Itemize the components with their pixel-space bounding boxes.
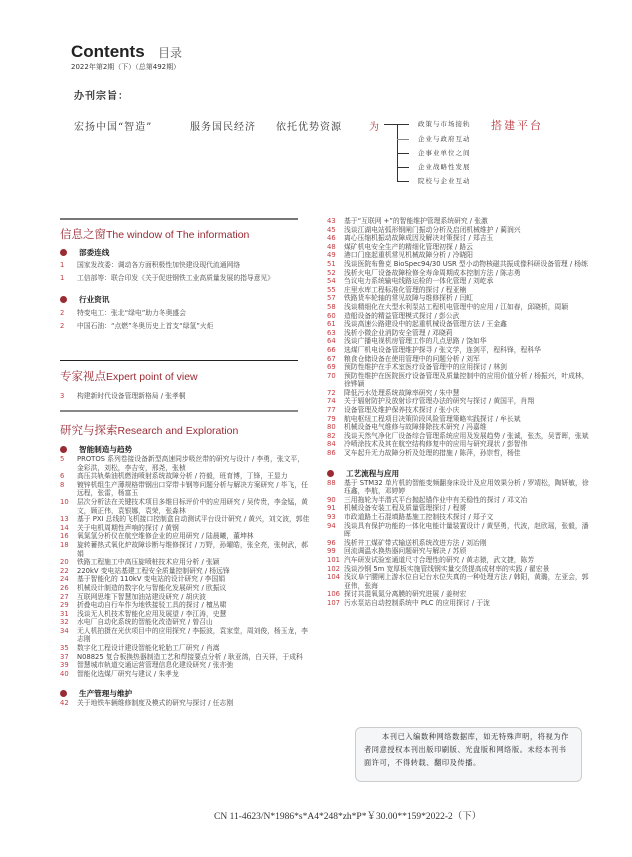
tree-branch-2 xyxy=(397,139,409,140)
page-number: 39 xyxy=(60,661,77,670)
page-number: 67 xyxy=(327,355,344,364)
page-number: 94 xyxy=(327,522,344,539)
branch-item: 企业战略性发展 xyxy=(418,162,471,171)
page-number: 52 xyxy=(327,269,344,278)
subsection-title: 部委连线 xyxy=(79,247,109,258)
page-number: 107 xyxy=(327,599,344,608)
toc-entry[interactable]: 34无人机拍摄在光伏项目中的应用探究 / 李振波，袁家堂，周刘俊，杨玉龙，李志刚 xyxy=(60,627,310,644)
page-number: 5 xyxy=(60,455,77,472)
page-number: 57 xyxy=(327,294,344,303)
section-title-en: Expert point of view xyxy=(106,371,198,383)
entry-title: 中国石油：“点燃”冬奥历史上首支“绿氢”火炬 xyxy=(77,322,310,331)
page-number: 42 xyxy=(60,699,77,708)
toc-entry[interactable]: 32水电厂自动化系统的智能化改造研究 / 曾召山 xyxy=(60,618,310,627)
toc-entry[interactable]: 39智慧城市轨道交通运营管理信息化建设研究 / 张亦弛 xyxy=(60,661,310,670)
section-expert-heading: 专家视点Expert point of view xyxy=(60,368,310,384)
slogan-part-3: 依托优势资源 xyxy=(276,118,342,133)
page-number: 37 xyxy=(60,653,77,662)
subsection-heading: 行业资讯 xyxy=(60,294,310,305)
page-number: 20 xyxy=(60,558,77,567)
page-number: 74 xyxy=(327,397,344,406)
subsection-heading: 部委连线 xyxy=(60,247,310,258)
toc-entry[interactable]: 67粮食仓储设备在使用管理中的问题分析 / 刘军 xyxy=(327,355,589,364)
toc-entry[interactable]: 29折叠电动自行车作为地铁接驳工具的探讨 / 檀丛啸 xyxy=(60,601,310,610)
page-number: 2 xyxy=(60,322,77,331)
toc-entry[interactable]: 102浅谈沙钢 5m 宽厚板实施管线钢实量交货提高成材率的实践 / 翟宏景 xyxy=(327,565,589,574)
entry-title: 基于智能化的 110kV 变电站的设计研究 / 李国娟 xyxy=(77,575,310,584)
toc-entry[interactable]: 107污水泵站自动控制系统中 PLC 的应用探讨 / 于泷 xyxy=(327,599,589,608)
page-number: 51 xyxy=(327,260,344,269)
entry-title: 浅谈精细化在大型水利泵站工程机电管理中的应用 / 江如春，邱晓析，周颖 xyxy=(344,303,589,312)
page-number: 22 xyxy=(60,567,77,576)
group3-entries: 88基于 STM32 单片机的智能变频翻身床设计及应用效果分析 / 罗靖松，陶妍… xyxy=(327,479,589,608)
toc-entry[interactable]: 77设备管理及维护保养技术探讨 / 张小庆 xyxy=(327,406,589,415)
toc-entry[interactable]: 86叉车起升无力故障分析及处理的措施 / 陈萍，孙崇哲，杨佳 xyxy=(327,449,589,458)
page-number: 77 xyxy=(327,406,344,415)
section-research-heading: 研究与探索Research and Exploration xyxy=(60,422,310,438)
page-number: 14 xyxy=(60,524,77,533)
page-number: 102 xyxy=(327,565,344,574)
page-number: 48 xyxy=(327,243,344,252)
entry-title: 氧氮氢分析仪在航空维修企业的应用研究 / 陆晨曦，董坤林 xyxy=(77,532,310,541)
toc-entry[interactable]: 35数字化工程设计建设智能化轮胎工厂研究 / 肖嵩 xyxy=(60,644,310,653)
page-number: 10 xyxy=(60,498,77,515)
toc-entry[interactable]: 5PROTOS 系列卷接设备新型高速同步吸丝带的研究与设计 / 李勇，张文平，金… xyxy=(60,455,310,472)
page-number: 101 xyxy=(327,556,344,565)
page-number: 60 xyxy=(327,312,344,321)
entry-title: 冷喷涂技术及其在航空结构修复中的应用与研究现状 / 彭智伟 xyxy=(344,440,589,449)
left-column: 信息之窗The window of The information 部委连线 1… xyxy=(60,226,310,330)
toc-entry[interactable]: 2特变电工：张北“绿电”助力冬奥盛会 xyxy=(60,309,310,318)
divider xyxy=(60,218,298,220)
research-section-left: 研究与探索Research and Exploration 智能制造与趋势 5P… xyxy=(60,422,310,708)
entry-title: 基于 PXI 总线的飞机接口控制盒自动测试平台设计研究 / 黄兴，刘文波，郭佳 xyxy=(77,515,310,524)
entry-title: N08825 复合板换热器制造工艺和焊接要点分析 / 耿亚鸽，白天祥，于成科 xyxy=(77,653,310,662)
group2-entries-right: 43基于“互联网 +”的智能维护管理系统研究 / 张激45浅谈江湖电站弧形钢闸门… xyxy=(327,217,589,458)
entry-title: 浅谈医院布鲁克 BioSpec94/30 USR 型小动物核磁共振成像科研设备管… xyxy=(344,260,589,269)
toc-entry[interactable]: 57铁路货车轮轴的常见故障与维修探析 / 闫虹 xyxy=(327,294,589,303)
toc-entry[interactable]: 6高压共轨柴油机燃油喷射系统故障分析 / 符毅，班育博，丁锋，王显力 xyxy=(60,472,310,481)
slogan-platform: 搭建平台 xyxy=(491,117,543,133)
toc-entry[interactable]: 8镀锌机组生产薄规格带钢出口穿带卡钢等问题分析与解决方案研究 / 毕飞，任远程，… xyxy=(60,481,310,498)
bullet-icon xyxy=(60,249,67,256)
page-number: 1 xyxy=(60,274,77,283)
page-number: 58 xyxy=(327,303,344,312)
entry-title: 折叠电动自行车作为地铁接驳工具的探讨 / 檀丛啸 xyxy=(77,601,310,610)
entry-title: 基于“互联网 +”的智能维护管理系统研究 / 张激 xyxy=(344,217,589,226)
entry-title: 机械设计制造的数字化与智能化发展研究 / 欧振议 xyxy=(77,584,310,593)
toc-entry[interactable]: 74关于辐射防护及放射诊疗管理办法的研究与探讨 / 黄国平，肖翔 xyxy=(327,397,589,406)
entry-title: 国家发改委：调动各方面积极性加快建设现代流通网络 xyxy=(77,261,310,270)
section-title-cn: 信息之窗 xyxy=(60,227,106,241)
toc-entry[interactable]: 79航电枢纽工程项目决策阶段风险管理策略实践探讨 / 牟长斌 xyxy=(327,415,589,424)
page-number: 91 xyxy=(327,504,344,513)
page-number: 63 xyxy=(327,329,344,338)
page-number: 13 xyxy=(60,515,77,524)
divider xyxy=(60,360,298,361)
page-number: 84 xyxy=(327,440,344,449)
page-number: 93 xyxy=(327,513,344,522)
section-title-cn: 专家视点 xyxy=(60,369,106,383)
toc-entry[interactable]: 42关于地铁车辆维修制度及模式的研究与探讨 / 任志刚 xyxy=(60,699,310,708)
page-number: 55 xyxy=(327,286,344,295)
slogan-part-1: 宏扬中国“智造” xyxy=(74,118,152,133)
page-number: 29 xyxy=(60,601,77,610)
bullet-icon xyxy=(60,446,67,453)
page-number: 72 xyxy=(327,389,344,398)
toc-entry[interactable]: 64浅谈广播电视机房管理工作的几点思路 / 饶如华 xyxy=(327,337,589,346)
entry-title: 层次分析法在关键技术项目多维目标评价中的应用研究 / 吴传贵，李金锰，黄文，顾正… xyxy=(77,498,310,515)
toc-entry[interactable]: 27互联网思维下智慧加油站建设研究 / 胡庆波 xyxy=(60,593,310,602)
page-number: 80 xyxy=(327,423,344,432)
page-number: 79 xyxy=(327,415,344,424)
page-number: 70 xyxy=(327,372,344,389)
issue-info: 2022年第2期（下）（总第492期） xyxy=(71,62,180,72)
subsection-title: 工艺流程与应用 xyxy=(346,468,399,479)
subsection-title: 智能制造与趋势 xyxy=(79,444,132,455)
page-number: 43 xyxy=(327,217,344,226)
entry-title: 市政道路土石混填路基施工控制技术探讨 / 郑子文 xyxy=(344,513,589,522)
entry-title: 铁路货车轮轴的常见故障与维修探析 / 闫虹 xyxy=(344,294,589,303)
page-number: 35 xyxy=(60,644,77,653)
toc-entry[interactable]: 2中国石油：“点燃”冬奥历史上首支“绿氢”火炬 xyxy=(60,322,310,331)
entry-title: 关于辐射防护及放射诊疗管理办法的研究与探讨 / 黄国平，肖翔 xyxy=(344,397,589,406)
entry-title: 特变电工：张北“绿电”助力冬奥盛会 xyxy=(77,309,310,318)
toc-entry[interactable]: 3构建新时代设备管理新格局 / 张孝桐 xyxy=(60,392,310,401)
page-number: 64 xyxy=(327,337,344,346)
toc-entry[interactable]: 43基于“互联网 +”的智能维护管理系统研究 / 张激 xyxy=(327,217,589,226)
entry-title: 旋转蓄热式氧化炉故障诊断与维修探讨 / 万野，孙曜皓，张全亮，张树武，郝娟 xyxy=(77,541,310,558)
contents-title-cn: 目录 xyxy=(158,44,182,61)
right-column: 43基于“互联网 +”的智能维护管理系统研究 / 张激45浅谈江湖电站弧形钢闸门… xyxy=(327,217,589,608)
page-number: 96 xyxy=(327,539,344,548)
section-title-en: Research and Exploration xyxy=(118,425,239,437)
entry-title: 刍议电力系统输电线路运检的一体化管理 / 刘屹承 xyxy=(344,277,589,286)
entry-title: PROTOS 系列卷接设备新型高速同步吸丝带的研究与设计 / 李勇，张文平，金彩… xyxy=(77,455,310,472)
page-number: 2 xyxy=(60,309,77,318)
toc-entry[interactable]: 99回流调温水换热器问题研究与解决 / 苏颀 xyxy=(327,547,589,556)
subsection-heading: 生产管理与维护 xyxy=(60,688,310,699)
page-number: 104 xyxy=(327,573,344,590)
toc-entry[interactable]: 37N08825 复合板换热器制造工艺和焊接要点分析 / 耿亚鸽，白天祥，于成科 xyxy=(60,653,310,662)
entry-title: 浅谈广播电视机房管理工作的几点思路 / 饶如华 xyxy=(344,337,589,346)
toc-entry[interactable]: 70预防性维护在医院医疗设备管理及质量控制中的应用价值分析 / 杨振兴，叶成林，… xyxy=(327,372,589,389)
toc-entry[interactable]: 31浅谈无人机技术智能化应用及展望 / 李江涛，史慧 xyxy=(60,610,310,619)
page-number: 45 xyxy=(327,226,344,235)
tree-branch-1 xyxy=(397,124,409,125)
entry-title: 高压共轨柴油机燃油喷射系统故障分析 / 符毅，班育博，丁锋，王显力 xyxy=(77,472,310,481)
purpose-label: 办刊宗旨： xyxy=(74,87,129,102)
page-number: 34 xyxy=(60,627,77,644)
page-number: 40 xyxy=(60,670,77,679)
toc-entry[interactable]: 84冷喷涂技术及其在航空结构修复中的应用与研究现状 / 彭智伟 xyxy=(327,440,589,449)
entry-title: 关于地铁车辆维修制度及模式的研究与探讨 / 任志刚 xyxy=(77,699,310,708)
tree-branch-3 xyxy=(397,153,409,154)
entry-title: 浅谈沙钢 5m 宽厚板实施管线钢实量交货提高成材率的实践 / 翟宏景 xyxy=(344,565,589,574)
slogan-for: 为 xyxy=(369,118,380,133)
entry-title: 设备管理及维护保养技术探讨 / 张小庆 xyxy=(344,406,589,415)
page-number: 16 xyxy=(60,532,77,541)
toc-entry[interactable]: 91机械设备安装工程及质量管理探讨 / 程赟 xyxy=(327,504,589,513)
toc-entry[interactable]: 61浅谈高速公路建设中的起重机械设备管理方法 / 王金鑫 xyxy=(327,320,589,329)
page-number: 106 xyxy=(327,590,344,599)
toc-entry[interactable]: 49港口门座起重机常见机械故障分析 / 冷晓阳 xyxy=(327,251,589,260)
page-number: 8 xyxy=(60,481,77,498)
toc-entry[interactable]: 52浅析火电厂设备故障检修全寿命周期成本控制方法 / 陈志勇 xyxy=(327,269,589,278)
slogan-part-2: 服务国民经济 xyxy=(190,118,256,133)
toc-entry[interactable]: 45浅谈江湖电站弧形钢闸门振动分析及启闭机械维护 / 蔺润兴 xyxy=(327,226,589,235)
entry-title: 数字化工程设计建设智能化轮胎工厂研究 / 肖嵩 xyxy=(77,644,310,653)
subsection-title: 生产管理与维护 xyxy=(79,688,132,699)
entry-title: 预防性维护在手术室医疗设备管理中的应用探讨 / 林剑 xyxy=(344,363,589,372)
page-number: 24 xyxy=(60,575,77,584)
page-number: 90 xyxy=(327,496,344,505)
expert-section: 专家视点Expert point of view 3构建新时代设备管理新格局 /… xyxy=(60,368,310,401)
entry-title: 航电枢纽工程项目决策阶段风险管理策略实践探讨 / 牟长斌 xyxy=(344,415,589,424)
entry-title: 探讨共混氧氮分离膜的研究进展 / 姜树宏 xyxy=(344,590,589,599)
section-title-cn: 研究与探索 xyxy=(60,423,118,437)
divider xyxy=(60,410,298,412)
page-number: 6 xyxy=(60,472,77,481)
page-number: 49 xyxy=(327,251,344,260)
entry-title: 机械设备电气维修与故障排除技术研究 / 冯嘉维 xyxy=(344,423,589,432)
entry-title: 智慧城市轨道交通运营管理信息化建设研究 / 张亦弛 xyxy=(77,661,310,670)
bullet-icon xyxy=(60,690,67,697)
entry-title: 离心压缩机振动故障成因及解决对策探讨 / 郑吉玉 xyxy=(344,234,589,243)
entry-title: 智能化选煤厂研究与建议 / 朱孝龙 xyxy=(77,670,310,679)
toc-entry[interactable]: 94浅谈具有保护功能的一体化电能计量装置设计 / 黄坚勇，代波，赵欣瑶，张毅，潘… xyxy=(327,522,589,539)
page-number: 54 xyxy=(327,277,344,286)
toc-entry[interactable]: 1国家发改委：调动各方面积极性加快建设现代流通网络 xyxy=(60,261,310,270)
toc-entry[interactable]: 58浅谈精细化在大型水利泵站工程机电管理中的应用 / 江如春，邱晓析，周颖 xyxy=(327,303,589,312)
toc-entry[interactable]: 16氧氮氢分析仪在航空维修企业的应用研究 / 陆晨曦，董坤林 xyxy=(60,532,310,541)
entry-title: 构建新时代设备管理新格局 / 张孝桐 xyxy=(77,392,310,401)
toc-entry[interactable]: 18旋转蓄热式氧化炉故障诊断与维修探讨 / 万野，孙曜皓，张全亮，张树武，郝娟 xyxy=(60,541,310,558)
tree-branch-4 xyxy=(397,167,409,168)
tree-branch-5 xyxy=(397,181,409,182)
toc-entry[interactable]: 101汽车研发试验室通道尺寸合理性的研究 / 黄志猿，武文捷，陈芳 xyxy=(327,556,589,565)
page-number: 61 xyxy=(327,320,344,329)
toc-entry[interactable]: 69预防性维护在手术室医疗设备管理中的应用探讨 / 林剑 xyxy=(327,363,589,372)
entry-title: 基于 STM32 单片机的智能变频翻身床设计及应用效果分析 / 罗靖松，陶妍敏，… xyxy=(344,479,589,496)
toc-entry[interactable]: 104浅议阜宁腰闸上游水位自记台水位失真的一种处理方法 / 韩阳，黄璐，左亚会，… xyxy=(327,573,589,590)
page-number: 31 xyxy=(60,610,77,619)
toc-entry[interactable]: 66选煤厂机电设备管理维护探寻 / 张文学，连剑平，程科锋，程科华 xyxy=(327,346,589,355)
entry-title: 预防性维护在医院医疗设备管理及质量控制中的应用价值分析 / 杨振兴，叶成林，徐铧… xyxy=(344,372,589,389)
subsection-heading: 工艺流程与应用 xyxy=(327,468,589,479)
entry-title: 回流调温水换热器问题研究与解决 / 苏颀 xyxy=(344,547,589,556)
toc-entry[interactable]: 26机械设计制造的数字化与智能化发展研究 / 欧振议 xyxy=(60,584,310,593)
entry-title: 污水泵站自动控制系统中 PLC 的应用探讨 / 于泷 xyxy=(344,599,589,608)
entry-title: 粮食仓储设备在使用管理中的问题分析 / 刘军 xyxy=(344,355,589,364)
entry-title: 水电厂自动化系统的智能化改造研究 / 曾召山 xyxy=(77,618,310,627)
entry-title: 工信部等：联合印发《关于促进钢铁工业高质量发展的指导意见》 xyxy=(77,274,310,283)
toc-entry[interactable]: 51浅谈医院布鲁克 BioSpec94/30 USR 型小动物核磁共振成像科研设… xyxy=(327,260,589,269)
entry-title: 选煤厂机电设备管理维护探寻 / 张文学，连剑平，程科锋，程科华 xyxy=(344,346,589,355)
toc-entry[interactable]: 60造船设备的精益管理模式探讨 / 彭公武 xyxy=(327,312,589,321)
page-number: 1 xyxy=(60,261,77,270)
page-number: 88 xyxy=(327,479,344,496)
page-number: 99 xyxy=(327,547,344,556)
branch-item: 企事业单位之间 xyxy=(418,148,471,157)
branch-item: 院校与企业互动 xyxy=(418,176,471,185)
entry-title: 机械设备安装工程及质量管理探讨 / 程赟 xyxy=(344,504,589,513)
page-number: 69 xyxy=(327,363,344,372)
contents-title: Contents xyxy=(71,42,145,62)
notice-text: 本刊已入编数种网络数据库，如无特殊声明，将视为作者同意授权本刊出版印刷版、光盘版… xyxy=(364,732,569,767)
toc-entry[interactable]: 13基于 PXI 总线的飞机接口控制盒自动测试平台设计研究 / 黄兴，刘文波，郭… xyxy=(60,515,310,524)
subsection-title: 行业资讯 xyxy=(79,294,109,305)
page-number: 32 xyxy=(60,618,77,627)
page-number: 27 xyxy=(60,593,77,602)
entry-title: 浅谈具有保护功能的一体化电能计量装置设计 / 黄坚勇，代波，赵欣瑶，张毅，潘晖 xyxy=(344,522,589,539)
section-info-heading: 信息之窗The window of The information xyxy=(60,226,310,242)
entry-title: 互联网思维下智慧加油站建设研究 / 胡庆波 xyxy=(77,593,310,602)
page-number: 3 xyxy=(60,392,77,401)
copyright-notice: 本刊已入编数种网络数据库，如无特殊声明，将视为作者同意授权本刊出版印刷版、光盘版… xyxy=(355,727,582,782)
group2-entries-left: 42关于地铁车辆维修制度及模式的研究与探讨 / 任志刚 xyxy=(60,699,310,708)
branch-item: 企业与政府互动 xyxy=(418,134,471,143)
page-number: 18 xyxy=(60,541,77,558)
toc-entry[interactable]: 88基于 STM32 单片机的智能变频翻身床设计及应用效果分析 / 罗靖松，陶妍… xyxy=(327,479,589,496)
entry-title: 浅谈高速公路建设中的起重机械设备管理方法 / 王金鑫 xyxy=(344,320,589,329)
section-title-en: The window of The information xyxy=(106,229,249,241)
publication-code: CN 11-4623/N*1986*s*A4*248*zh*P*￥30.00**… xyxy=(214,808,481,822)
toc-entry[interactable]: 80机械设备电气维修与故障排除技术研究 / 冯嘉维 xyxy=(327,423,589,432)
entry-title: 铁路工程施工中高压旋喷桩技术应用分析 / 张颖 xyxy=(77,558,310,567)
entry-title: 叉车起升无力故障分析及处理的措施 / 陈萍，孙崇哲，杨佳 xyxy=(344,449,589,458)
page-number: 66 xyxy=(327,346,344,355)
bullet-icon xyxy=(327,470,334,477)
entry-title: 浅析火电厂设备故障检修全寿命周期成本控制方法 / 陈志勇 xyxy=(344,269,589,278)
toc-entry[interactable]: 46离心压缩机振动故障成因及解决对策探讨 / 郑吉玉 xyxy=(327,234,589,243)
page-number: 26 xyxy=(60,584,77,593)
toc-entry[interactable]: 93市政道路土石混填路基施工控制技术探讨 / 郑子文 xyxy=(327,513,589,522)
toc-entry[interactable]: 24基于智能化的 110kV 变电站的设计研究 / 李国娟 xyxy=(60,575,310,584)
entry-title: 镀锌机组生产薄规格带钢出口穿带卡钢等问题分析与解决方案研究 / 毕飞，任远程，张… xyxy=(77,481,310,498)
subsection-heading: 智能制造与趋势 xyxy=(60,444,310,455)
entry-title: 造船设备的精益管理模式探讨 / 彭公武 xyxy=(344,312,589,321)
branch-item: 政策与市场接轨 xyxy=(418,119,471,128)
entry-title: 汽车研发试验室通道尺寸合理性的研究 / 黄志猿，武文捷，陈芳 xyxy=(344,556,589,565)
toc-entry[interactable]: 20铁路工程施工中高压旋喷桩技术应用分析 / 张颖 xyxy=(60,558,310,567)
toc-entry[interactable]: 54刍议电力系统输电线路运检的一体化管理 / 刘屹承 xyxy=(327,277,589,286)
toc-entry[interactable]: 40智能化选煤厂研究与建议 / 朱孝龙 xyxy=(60,670,310,679)
entry-title: 港口门座起重机常见机械故障分析 / 冷晓阳 xyxy=(344,251,589,260)
toc-entry[interactable]: 106探讨共混氧氮分离膜的研究进展 / 姜树宏 xyxy=(327,590,589,599)
page-number: 46 xyxy=(327,234,344,243)
page-number: 86 xyxy=(327,449,344,458)
entry-title: 无人机拍摄在光伏项目中的应用探究 / 李振波，袁家堂，周刘俊，杨玉龙，李志刚 xyxy=(77,627,310,644)
page-number: 82 xyxy=(327,432,344,441)
entry-title: 浅议阜宁腰闸上游水位自记台水位失真的一种处理方法 / 韩阳，黄璐，左亚会，郭亚伟… xyxy=(344,573,589,590)
entry-title: 浅谈无人机技术智能化应用及展望 / 李江涛，史慧 xyxy=(77,610,310,619)
entry-title: 浅谈江湖电站弧形钢闸门振动分析及启闭机械维护 / 蔺润兴 xyxy=(344,226,589,235)
toc-entry[interactable]: 10层次分析法在关键技术项目多维目标评价中的应用研究 / 吴传贵，李金锰，黄文，… xyxy=(60,498,310,515)
group1-entries: 5PROTOS 系列卷接设备新型高速同步吸丝带的研究与设计 / 李勇，张文平，金… xyxy=(60,455,310,678)
bullet-icon xyxy=(60,296,67,303)
toc-entry[interactable]: 1工信部等：联合印发《关于促进钢铁工业高质量发展的指导意见》 xyxy=(60,274,310,283)
